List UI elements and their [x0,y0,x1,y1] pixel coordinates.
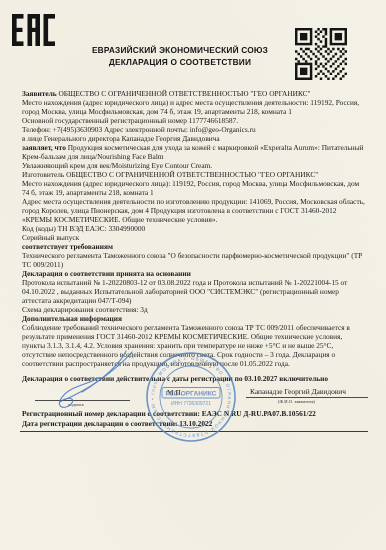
manufacturer-label: Изготовитель [22,170,66,179]
declares-line: заявляет, что Продукция косметическая дл… [22,143,367,161]
ogrn-line: Основной государственный регистрационный… [22,116,367,125]
applicant-address: Место нахождения (адрес юридического лиц… [22,98,367,116]
representative-line: в лице Генерального директора Капанадзе … [22,134,367,143]
signature-scribble [30,350,145,412]
applicant-label: Заявитель [22,89,58,98]
product-line-2: Увлажняющий крем для век/Moisturizing Ey… [22,161,367,170]
name-line [246,397,368,398]
manufacturer-line: Изготовитель ОБЩЕСТВО С ОГРАНИЧЕННОЙ ОТВ… [22,170,367,179]
manufacturer-address: Место нахождения (адрес юридического лиц… [22,179,367,197]
contacts-line: Телефон: +7(495)3630903 Адрес электронно… [22,125,367,134]
stamp-inn: ИНН 7736309721 [171,401,211,407]
declaration-body: Заявитель ОБЩЕСТВО С ОГРАНИЧЕННОЙ ОТВЕТС… [22,89,367,383]
product-description: Продукция косметическая для ухода за кож… [22,143,364,161]
conforms-text: Технического регламента Таможенного союз… [22,251,367,269]
company-stamp: ОБЩЕСТВО С ОГРАНИЧЕННОЙ ОТВЕТСТВЕННОСТЬЮ… [143,349,239,445]
basis-text: Протокола испытаний № 1-20220803-12 от 0… [22,278,367,305]
additional-heading: Дополнительная информация [22,314,367,323]
eac-mark-icon [12,14,56,48]
signatory-name: Капанадзе Георгий Давидович [250,387,346,396]
scheme-line: Схема декларирования соответствия: 3д [22,305,367,314]
name-caption: (Ф.И.О. заявителя) [278,399,315,404]
manufacturer-name: ОБЩЕСТВО С ОГРАНИЧЕННОЙ ОТВЕТСТВЕННОСТЬЮ… [66,170,318,179]
release-line: Серийный выпуск [22,233,367,242]
applicant-name: ОБЩЕСТВО С ОГРАНИЧЕННОЙ ОТВЕТСТВЕННОСТЬЮ… [58,89,310,98]
production-line: Адрес места осуществления деятельности п… [22,197,367,224]
applicant-line: Заявитель ОБЩЕСТВО С ОГРАНИЧЕННОЙ ОТВЕТС… [22,89,367,98]
stamp-company-name: ГЕО ОРГАНИКС [166,391,217,398]
declares-label: заявляет, что [22,143,68,152]
basis-heading: Декларация о соответствии принята на осн… [22,269,367,278]
tnved-line: Код (коды) ТН ВЭД ЕАЭС: 3304990000 [22,224,367,233]
conforms-heading: соответствует требованиям [22,242,367,251]
qr-code [295,27,347,81]
